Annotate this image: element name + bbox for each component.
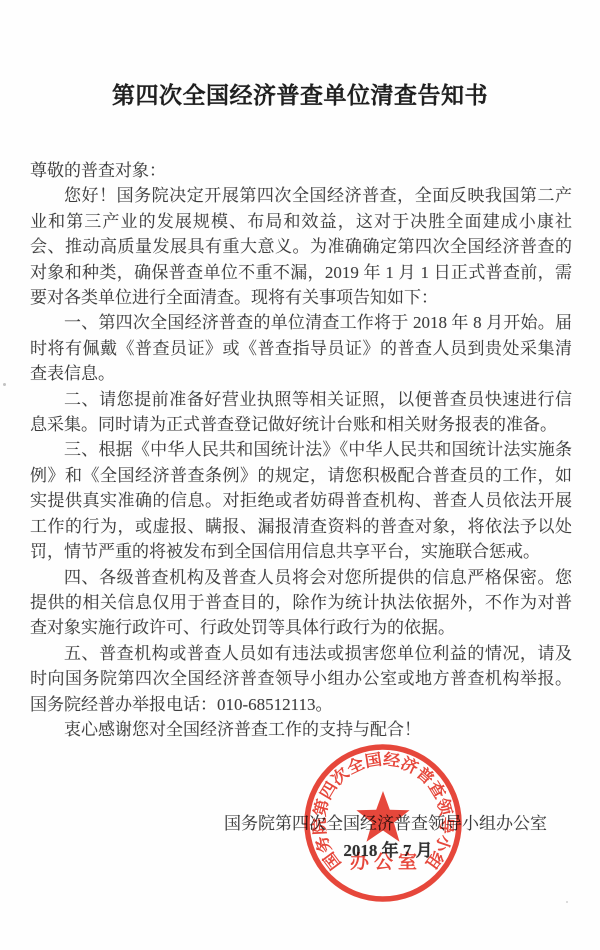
paragraph-closing: 衷心感谢您对全国经济普查工作的支持与配合！ bbox=[30, 717, 572, 742]
document-body: 尊敬的普查对象： 您好！国务院决定开展第四次全国经济普查，全面反映我国第二产业和… bbox=[30, 158, 572, 742]
signature-date: 2018 年 7 月 bbox=[300, 840, 476, 862]
scanned-notice-page: 第四次全国经济普查单位清查告知书 尊敬的普查对象： 您好！国务院决定开展第四次全… bbox=[0, 0, 600, 950]
signature: 国务院第四次全国经济普查领导小组办公室 bbox=[224, 813, 547, 835]
paragraph-item-1: 一、第四次全国经济普查的单位清查工作将于 2018 年 8 月开始。届时将有佩戴… bbox=[30, 310, 572, 386]
document-title: 第四次全国经济普查单位清查告知书 bbox=[0, 0, 600, 107]
paragraph-item-2: 二、请您提前准备好营业执照等相关证照，以便普查员快速进行信息采集。同时请为正式普… bbox=[30, 387, 572, 438]
paragraph-item-3: 三、根据《中华人民共和国统计法》《中华人民共和国统计法实施条例》和《全国经济普查… bbox=[30, 437, 572, 564]
paragraph-item-5: 五、普查机构或普查人员如有违法或损害您单位利益的情况，请及时向国务院第四次全国经… bbox=[30, 641, 572, 717]
paragraph-item-4: 四、各级普查机构及普查人员将会对您所提供的信息严格保密。您提供的相关信息仅用于普… bbox=[30, 565, 572, 641]
paragraph-intro: 您好！国务院决定开展第四次全国经济普查，全面反映我国第二产业和第三产业的发展规模… bbox=[30, 183, 572, 310]
scan-speck bbox=[566, 901, 568, 903]
salutation: 尊敬的普查对象： bbox=[30, 158, 572, 183]
scan-speck bbox=[430, 252, 432, 254]
scan-speck bbox=[3, 383, 6, 386]
